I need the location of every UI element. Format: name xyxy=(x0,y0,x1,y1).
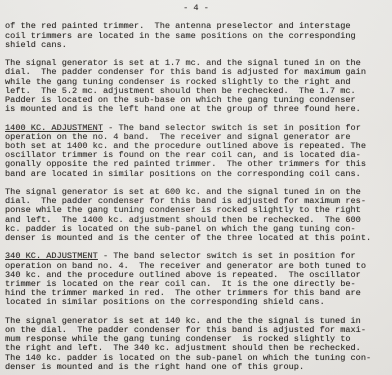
paragraph-140-kc-adjustment: The signal generator is set at 140 kc. a… xyxy=(5,317,387,372)
paragraph-trimmer-location: of the red painted trimmer. The antenna … xyxy=(5,22,387,50)
paragraph-340-kc-adjustment: 340 KC. ADJUSTMENT - The band selector s… xyxy=(5,252,387,307)
document-page: - 4 - of the red painted trimmer. The an… xyxy=(0,0,392,375)
paragraph-1400-kc-body: - The band selector switch is set in pos… xyxy=(5,123,366,179)
page-number: - 4 - xyxy=(5,4,387,13)
paragraph-1-7-mc-adjustment: The signal generator is set at 1.7 mc. a… xyxy=(5,59,387,114)
paragraph-1400-kc-adjustment: 1400 KC. ADJUSTMENT - The band selector … xyxy=(5,124,387,179)
paragraph-340-kc-body: - The band selector switch is set in pos… xyxy=(5,251,366,307)
paragraph-600-kc-adjustment: The signal generator is set at 600 kc. a… xyxy=(5,188,387,243)
